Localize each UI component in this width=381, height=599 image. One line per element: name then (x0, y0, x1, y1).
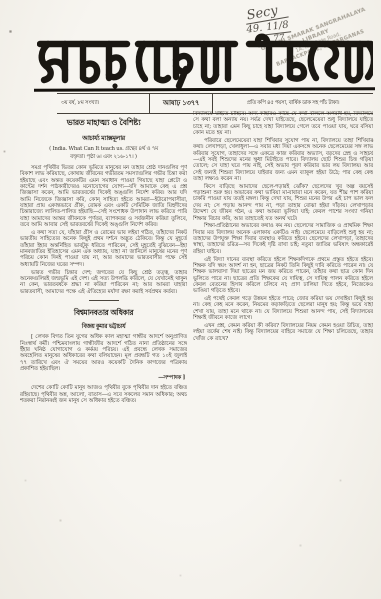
article-1-source-line2: বক্তৃতা। পৃষ্ঠা ৬। এবং ২১৬-১৭। ) (20, 154, 187, 162)
article-2: বিশ্বমানবতার অধিকার বিজয় কুমার ভট্টাচার… (20, 307, 187, 405)
article-2-editor-note: [ লেখক বিগত তিন যুগের অধিক কাল মহাত্মা গ… (20, 334, 187, 372)
article-1-paragraph: এ কথা সত্য যে, যাঁহারা গ্রীস ও রোমের ভাব… (20, 230, 187, 268)
article-1-paragraph: ভারত গভীর চিন্তার দেশ; জগতের যে কিছু শ্র… (20, 270, 187, 295)
masthead-underline (34, 87, 375, 91)
right-paragraph: পরিবারে ছেলেমেয়েরা যাহা শিখিবার সুযোগ প… (193, 138, 373, 182)
right-paragraph: এই বিদ্যা দানের ব্যবস্থা করিতে হইলে শিক্… (193, 257, 373, 295)
article-1-source-line1: ( India. What Can It teach us. গ্রন্থের … (20, 146, 187, 154)
masthead-title (37, 33, 373, 91)
article-2-paragraph: দেশের কোটি কোটি মানুষ আজও পৃথিবীর বুকে প… (20, 385, 187, 404)
right-paragraph: বিদ্যালয়ে যাইতে চাহিবে। অন্য কাহারও কাছ… (193, 111, 373, 136)
article-1-title: ভারত মাহাত্ম্য ও বৈশিষ্ট্য (20, 117, 187, 130)
article-2-title: বিশ্বমানবতার অধিকার (20, 307, 187, 320)
right-paragraph: এই পথেই কেবল গড়ে উন্নয়ন হইতে পারে; জোর… (193, 296, 373, 321)
section-divider (89, 300, 119, 301)
right-paragraph: শিক্ষা-প্রতিষ্ঠানের অভাবের কথাও কম নয়। … (193, 223, 373, 255)
editor-signature: —সম্পাদক ] (20, 374, 185, 383)
issue-volume: ৩য় বর্ষ, ৮ম সংখ্যা। (57, 94, 149, 113)
article-2-byline: বিজয় কুমার ভট্টাচার্য (20, 322, 187, 332)
column-right: বিদ্যালয়ে যাইতে চাহিবে। অন্য কাহারও কাছ… (193, 111, 373, 469)
right-paragraph: কিসে বাড়িছে আমাদের ছেলে-পড়ারই ঝোঁক? ছে… (193, 184, 373, 222)
scan-specks (0, 0, 1, 1)
article-1-paragraph: সমগ্র পৃথিবীর ভিতর কোন ভূমিতে মানুষের মন… (20, 165, 187, 228)
masthead-calligraphy-art (37, 33, 373, 91)
right-paragraph: এখন প্রশ্ন, কেমন করিয়া কী করিব? বিদ্যাল… (193, 323, 373, 342)
article-1-byline: আচার্য্য ম্যাক্সমূলার (20, 133, 187, 144)
scanned-newspaper-page: Secy 49. 11/8 77 GANDHI SMARAK SANGRAHAL… (0, 0, 381, 599)
column-left: ভারত মাহাত্ম্য ও বৈশিষ্ট্য আচার্য্য ম্যা… (20, 117, 187, 469)
article-1: ভারত মাহাত্ম্য ও বৈশিষ্ট্য আচার্য্য ম্যা… (20, 117, 187, 295)
